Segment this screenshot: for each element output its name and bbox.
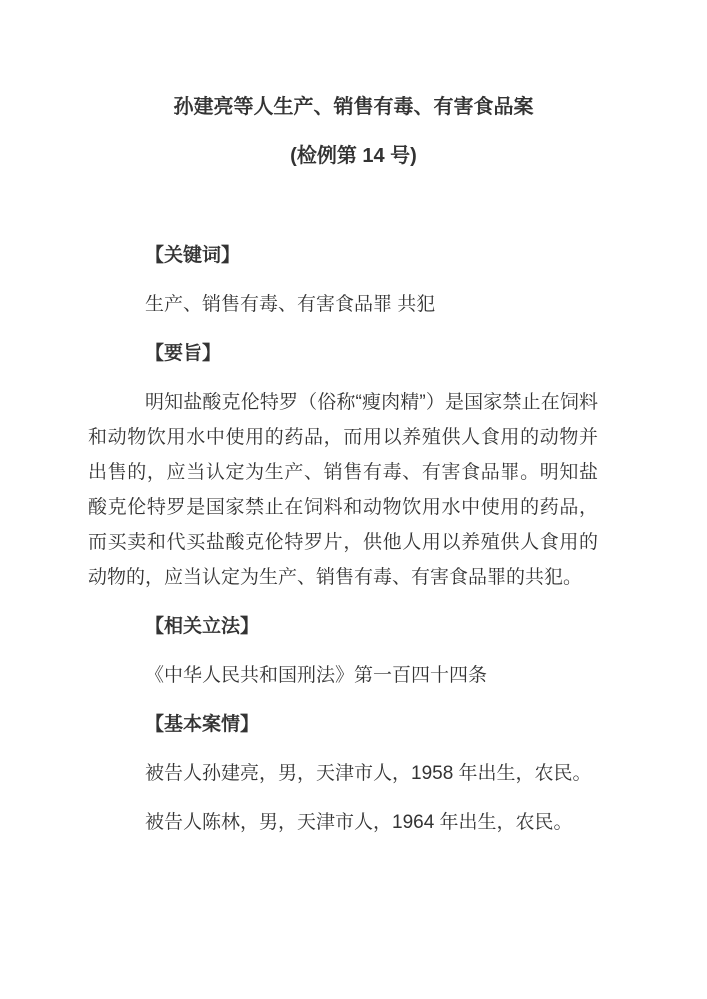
legislation-text: 《中华人民共和国刑法》第一百四十四条: [88, 658, 598, 693]
section-heading-keywords: 【关键词】: [88, 238, 598, 273]
defendant-line-1: 被告人孙建亮，男，天津市人，1958 年出生，农民。: [88, 756, 598, 791]
keywords-text: 生产、销售有毒、有害食品罪 共犯: [88, 287, 598, 322]
section-heading-legislation: 【相关立法】: [88, 609, 598, 644]
defendant-line-2: 被告人陈林，男，天津市人，1964 年出生，农民。: [88, 805, 598, 840]
document-title: 孙建亮等人生产、销售有毒、有害食品案: [0, 90, 707, 125]
section-heading-basic-facts: 【基本案情】: [88, 707, 598, 742]
summary-paragraph: 明知盐酸克伦特罗（俗称“瘦肉精”）是国家禁止在饲料和动物饮用水中使用的药品，而用…: [88, 385, 598, 595]
section-heading-summary: 【要旨】: [88, 336, 598, 371]
document-page: 孙建亮等人生产、销售有毒、有害食品案 (检例第 14 号) 【关键词】 生产、销…: [0, 0, 707, 999]
document-header: 孙建亮等人生产、销售有毒、有害食品案 (检例第 14 号): [0, 90, 707, 174]
case-number: (检例第 14 号): [0, 139, 707, 174]
document-body: 【关键词】 生产、销售有毒、有害食品罪 共犯 【要旨】 明知盐酸克伦特罗（俗称“…: [0, 238, 707, 840]
